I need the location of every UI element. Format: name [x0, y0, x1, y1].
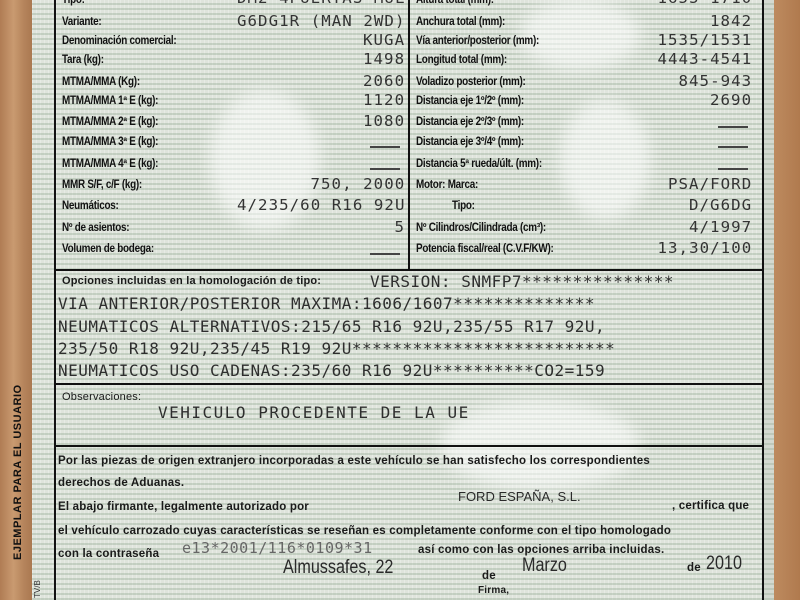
right-spec-label: Distancia 5ª rueda/últ. (mm): [416, 158, 542, 170]
observations-label: Observaciones: [62, 391, 141, 403]
right-spec-value: PSA/FORD [668, 175, 752, 193]
right-spec-label: Tipo: [452, 200, 475, 212]
left-spec-empty-value [370, 146, 400, 148]
right-spec-label: Anchura total (mm): [416, 16, 505, 28]
right-spec-value: 2690 [710, 91, 752, 109]
right-spec-label: Nº Cilindros/Cilindrada (cm³): [416, 222, 546, 234]
right-spec-value: 4/1997 [689, 218, 752, 236]
left-spec-empty-value [370, 253, 400, 255]
section-divider [54, 383, 764, 385]
left-spec-value: 1498 [363, 50, 405, 68]
left-spec-label: Variante: [62, 16, 101, 28]
right-spec-label: Altura total (mm): [416, 0, 494, 6]
right-spec-value: 1535/1531 [657, 31, 752, 49]
signer-suffix: , certifica que [672, 500, 749, 512]
right-spec-value: 1655-1710 [657, 0, 752, 7]
column-divider [408, 0, 410, 270]
right-spec-value: 4443-4541 [657, 50, 752, 68]
copy-type-label: EJEMPLAR PARA EL USUARIO [12, 384, 24, 560]
section-divider [54, 269, 764, 271]
options-line: NEUMATICOS ALTERNATIVOS:215/65 R16 92U,2… [58, 317, 605, 336]
signer-prefix: El abajo firmante, legalmente autorizado… [58, 501, 309, 513]
month: Marzo [522, 555, 567, 577]
right-spec-label: Distancia eje 3º/4º (mm): [416, 136, 524, 148]
section-divider [54, 445, 764, 447]
options-line: 235/50 R18 92U,235/45 R19 92U***********… [58, 339, 615, 358]
right-spec-label: Voladizo posterior (mm): [416, 76, 526, 88]
left-spec-label: Tipo: [62, 0, 85, 6]
right-spec-label: Distancia eje 1º/2º (mm): [416, 95, 524, 107]
right-spec-value: 1842 [710, 12, 752, 30]
date-separator: de [482, 570, 496, 582]
left-spec-label: MTMA/MMA 3ª E (kg): [62, 136, 158, 148]
date-separator: de [687, 562, 701, 574]
left-spec-empty-value [370, 168, 400, 170]
right-spec-label: Potencia fiscal/real (C.V.F/KW): [416, 243, 554, 255]
homologation-password: e13*2001/116*0109*31 [182, 539, 373, 557]
left-spec-value: 1120 [363, 91, 405, 109]
right-spec-label: Longitud total (mm): [416, 54, 507, 66]
left-spec-value: KUGA [363, 31, 405, 49]
left-spec-label: MTMA/MMA 4ª E (kg): [62, 158, 158, 170]
right-spec-value: 845-943 [678, 72, 752, 90]
left-spec-value: DM2-4PUERTAS MUL [236, 0, 405, 7]
year: 2010 [706, 553, 742, 575]
left-spec-value: 2060 [363, 72, 405, 90]
left-spec-label: Neumáticos: [62, 200, 119, 212]
left-spec-label: Volumen de bodega: [62, 243, 154, 255]
form-code: TV/B [33, 580, 42, 598]
options-line: NEUMATICOS USO CADENAS:235/60 R16 92U***… [58, 361, 605, 380]
place-and-day: Almussafes, 22 [283, 557, 393, 579]
left-spec-label: Tara (kg): [62, 54, 104, 66]
right-spec-empty-value [718, 146, 748, 148]
right-spec-label: Distancia eje 2º/3º (mm): [416, 116, 524, 128]
left-spec-label: MTMA/MMA 2ª E (kg): [62, 116, 158, 128]
left-spec-label: MTMA/MMA (Kg): [62, 76, 140, 88]
right-spec-empty-value [718, 126, 748, 128]
customs-statement: Por las piezas de origen extranjero inco… [58, 455, 650, 467]
left-spec-label: Denominación comercial: [62, 35, 176, 47]
left-spec-value: G6DG1R (MAN 2WD) [236, 12, 405, 30]
right-spec-empty-value [718, 168, 748, 170]
right-spec-value: D/G6DG [689, 196, 752, 214]
conformity-statement: el vehículo carrozado cuyas característi… [58, 525, 671, 537]
left-spec-value: 750, 2000 [310, 175, 405, 193]
signature-label: Firma, [478, 585, 509, 596]
customs-statement-2: derechos de Aduanas. [58, 477, 184, 489]
observations-value: VEHICULO PROCEDENTE DE LA UE [158, 403, 470, 422]
right-spec-label: Vía anterior/posterior (mm): [416, 35, 539, 47]
left-spec-label: Nº de asientos: [62, 222, 129, 234]
options-line: VIA ANTERIOR/POSTERIOR MAXIMA:1606/1607*… [58, 294, 595, 313]
company-name: FORD ESPAÑA, S.L. [458, 489, 581, 504]
right-spec-label: Motor: Marca: [416, 179, 478, 191]
password-prefix: con la contraseña [58, 548, 159, 560]
left-spec-label: MTMA/MMA 1ª E (kg): [62, 95, 158, 107]
options-line: VERSION: SNMFP7*************** [370, 272, 674, 291]
left-spec-label: MMR S/F, c/F (kg): [62, 179, 142, 191]
left-spec-value: 4/235/60 R16 92U [236, 196, 405, 214]
left-spec-value: 1080 [363, 112, 405, 130]
left-spec-value: 5 [394, 218, 405, 236]
right-spec-value: 13,30/100 [657, 239, 752, 257]
options-label: Opciones incluidas en la homologación de… [62, 275, 321, 287]
